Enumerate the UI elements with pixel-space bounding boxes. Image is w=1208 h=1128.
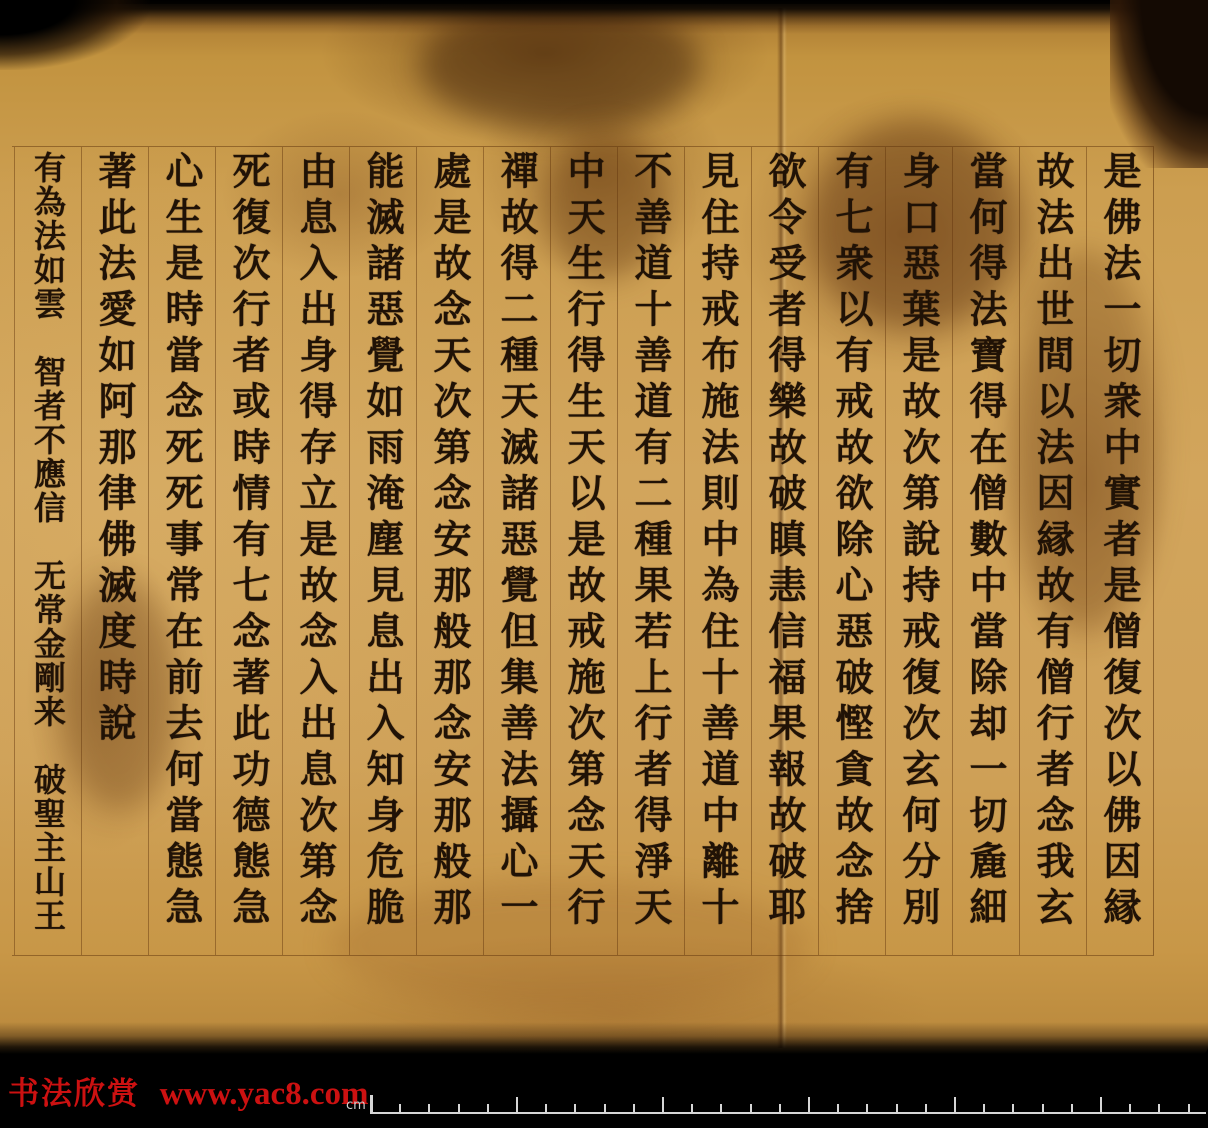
ruler-tick xyxy=(779,1104,781,1112)
text-column: 不善道十善道有二種果若上行者得淨天 xyxy=(617,147,684,955)
text-column: 死復次行者或時情有七念著此功德態急 xyxy=(215,147,282,955)
text-column: 是佛法一切衆中實者是僧復次以佛因縁 xyxy=(1086,147,1153,955)
ruler-tick xyxy=(691,1104,693,1112)
ruler-tick xyxy=(954,1097,956,1112)
ruler-tick xyxy=(1012,1104,1014,1112)
ruler-tick xyxy=(399,1104,401,1112)
ruler-tick xyxy=(866,1104,868,1112)
ruler-tick xyxy=(750,1104,752,1112)
ruler-tick xyxy=(808,1097,810,1112)
ruler-unit-label: cm xyxy=(346,1098,366,1113)
text-column: 處是故念天次第念安那般那念安那般那 xyxy=(416,147,483,955)
ruler-tick xyxy=(574,1104,576,1112)
ruler-tick xyxy=(604,1104,606,1112)
ruler-tick xyxy=(837,1104,839,1112)
watermark-site-url: www.yac8.com xyxy=(160,1076,369,1112)
ruler-tick xyxy=(1100,1097,1102,1112)
torn-corner-top-right xyxy=(1110,0,1208,168)
ruler-tick xyxy=(1188,1104,1190,1112)
watermark-site-name: 书法欣赏 xyxy=(8,1076,140,1112)
dark-corner-top-left xyxy=(0,0,150,70)
ruler-tick xyxy=(1042,1104,1044,1112)
text-column: 身口惡葉是故次第說持戒復次玄何分別 xyxy=(885,147,952,955)
ruler-tick xyxy=(545,1104,547,1112)
text-column: 當何得法寶得在僧數中當除却一切麁細 xyxy=(952,147,1019,955)
ruler-tick xyxy=(896,1104,898,1112)
ruler-ticks xyxy=(370,1094,1206,1114)
text-column: 中天生行得生天以是故戒施次第念天行 xyxy=(550,147,617,955)
text-column: 故法出世間以法因縁故有僧行者念我玄 xyxy=(1019,147,1086,955)
ruler-tick xyxy=(458,1104,460,1112)
ruler-tick xyxy=(983,1104,985,1112)
paper-top-edge xyxy=(0,0,1208,34)
text-frame: 是佛法一切衆中實者是僧復次以佛因縁 故法出世間以法因縁故有僧行者念我玄 當何得法… xyxy=(12,146,1154,956)
ruler-tick xyxy=(925,1104,927,1112)
text-column: 有七衆以有戒故欲除心惡破慳貪故念捨 xyxy=(818,147,885,955)
ruler-tick xyxy=(516,1097,518,1112)
text-column: 由息入出身得存立是故念入出息次第念 xyxy=(282,147,349,955)
ruler-tick xyxy=(370,1095,373,1112)
ruler-tick xyxy=(428,1104,430,1112)
ruler-tick xyxy=(1158,1104,1160,1112)
text-column: 能滅諸惡覺如雨淹塵見息出入知身危脆 xyxy=(349,147,416,955)
ruler-tick xyxy=(487,1104,489,1112)
watermark: 书法欣赏 www.yac8.com xyxy=(8,1068,369,1104)
text-column: 心生是時當念死死事常在前去何當態急 xyxy=(148,147,215,955)
text-column: 欲令受者得樂故破瞋恚信福果報故破耶 xyxy=(751,147,818,955)
text-column: 見住持戒布施法則中為住十善道中離十 xyxy=(684,147,751,955)
ruler-tick xyxy=(1129,1104,1131,1112)
text-column: 禪故得二種天滅諸惡覺但集善法攝心一 xyxy=(483,147,550,955)
text-column-verse: 有為法如雲 智者不應信 无常金剛来 破聖主山王 xyxy=(14,147,81,955)
ruler-tick xyxy=(1071,1104,1073,1112)
paper-bottom-edge xyxy=(0,1022,1208,1062)
ruler-tick xyxy=(633,1104,635,1112)
scanned-manuscript: 是佛法一切衆中實者是僧復次以佛因縁 故法出世間以法因縁故有僧行者念我玄 當何得法… xyxy=(0,0,1208,1128)
ruler-tick xyxy=(720,1104,722,1112)
ruler-tick xyxy=(662,1097,664,1112)
text-column: 著此法愛如阿那律佛滅度時說 xyxy=(81,147,148,955)
